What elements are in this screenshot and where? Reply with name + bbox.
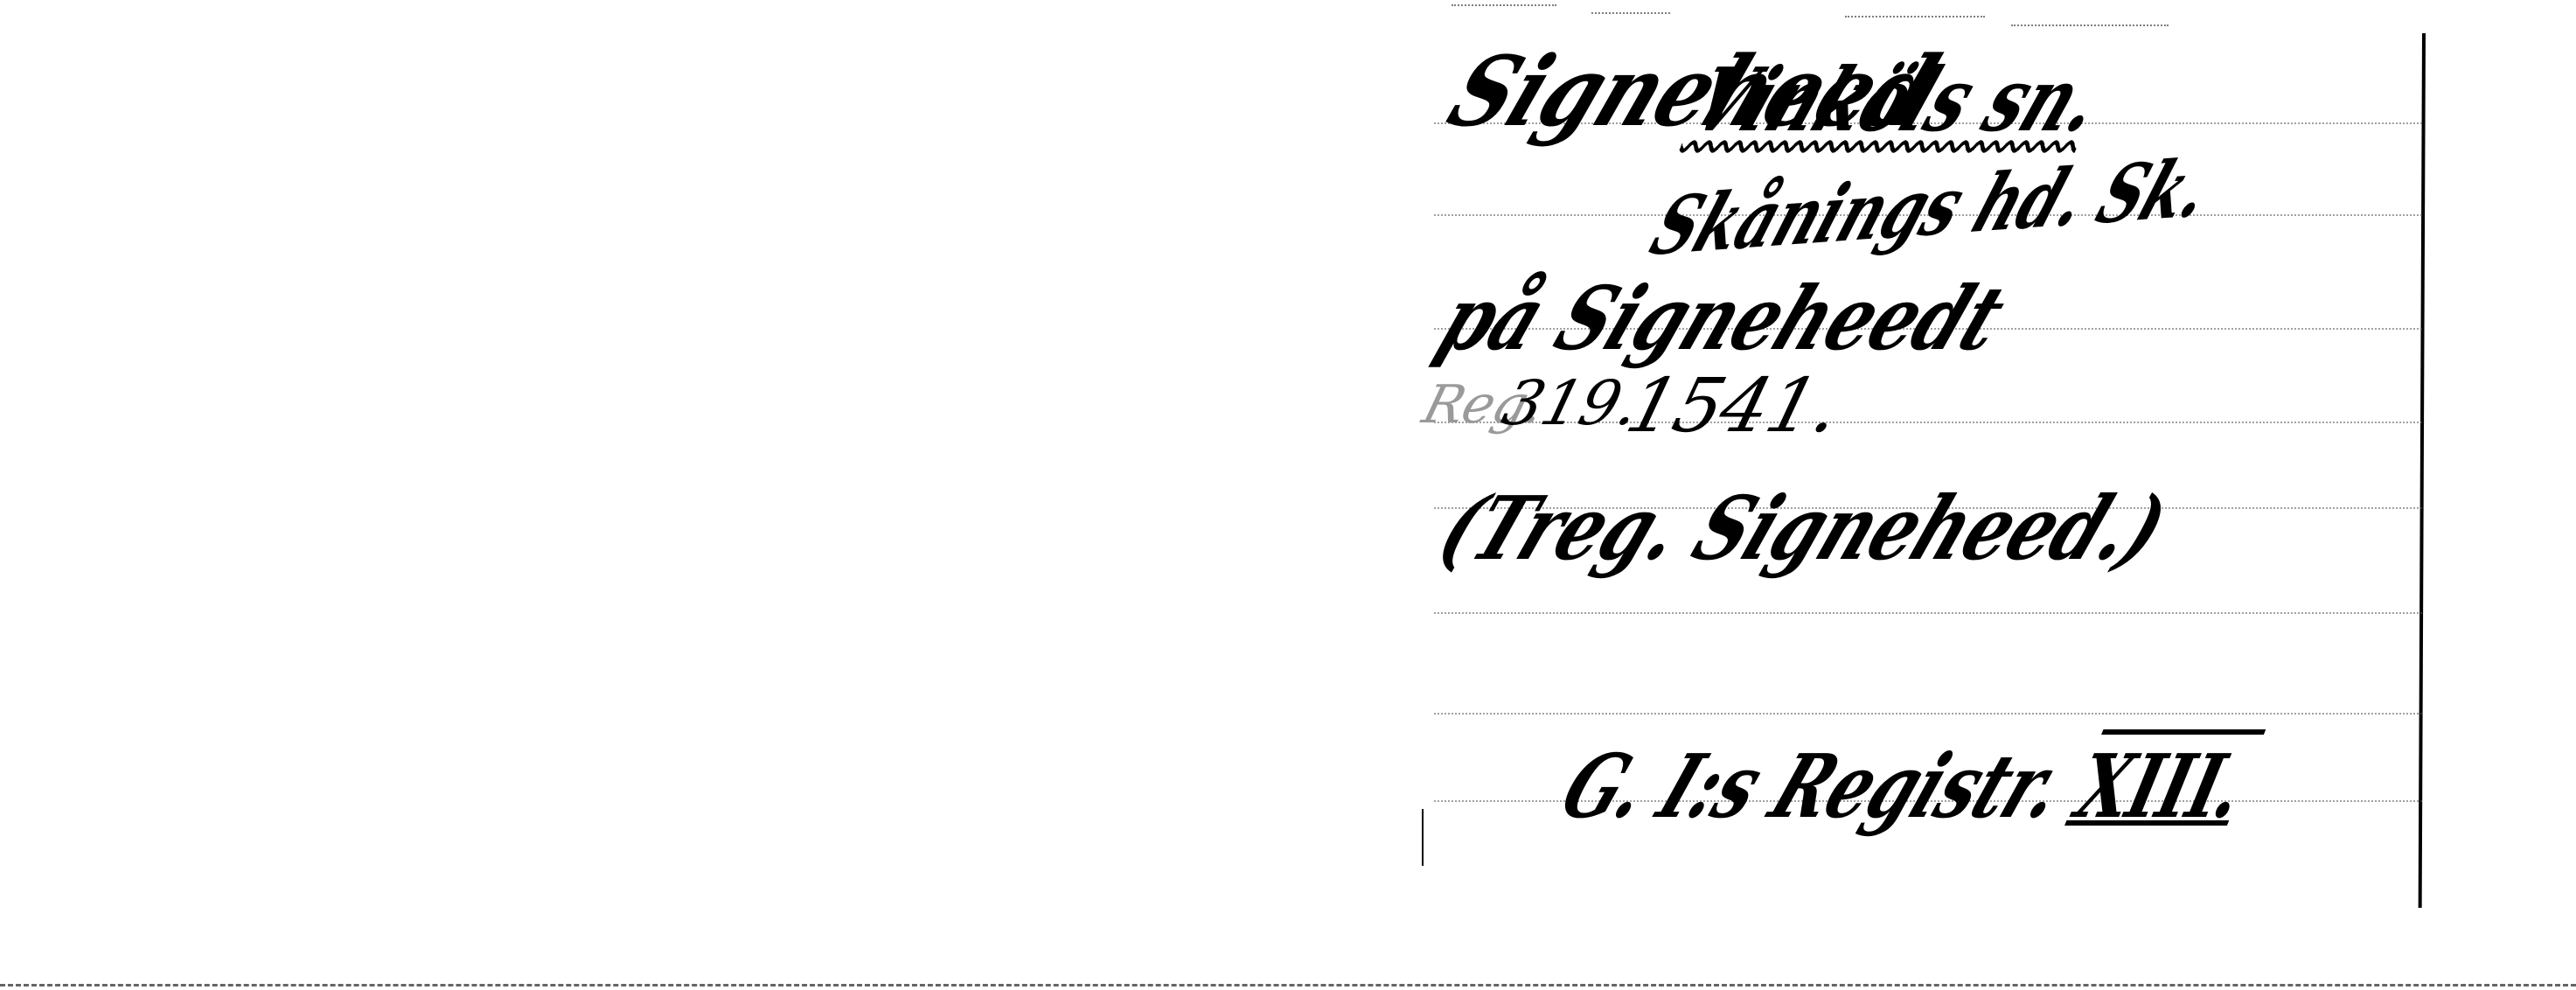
hundred-name: Skånings hd. Sk. xyxy=(1640,141,2223,274)
scanned-page: Signeheed Vinköls sn. Skånings hd. Sk. p… xyxy=(0,0,2576,990)
index-card: Signeheed Vinköls sn. Skånings hd. Sk. p… xyxy=(1417,0,2440,910)
scan-bottom-edge xyxy=(0,984,2576,987)
source-citation: G. I:s Registr. XIII. xyxy=(1548,735,2264,838)
parish-name: Vinköls sn. xyxy=(1679,48,2117,151)
card-left-border-mark xyxy=(1422,809,1424,866)
attested-form: på Signeheedt xyxy=(1425,267,2019,370)
source-name: G. I:s Registr. xyxy=(1548,735,2079,838)
year: 1541. xyxy=(1618,363,1849,450)
ruled-line xyxy=(1434,612,2422,614)
ruled-line xyxy=(1434,713,2422,715)
source-volume: XIII. xyxy=(2059,735,2263,838)
card-right-border xyxy=(2419,33,2426,908)
alternate-form: (Treg. Signeheed.) xyxy=(1425,477,2181,580)
